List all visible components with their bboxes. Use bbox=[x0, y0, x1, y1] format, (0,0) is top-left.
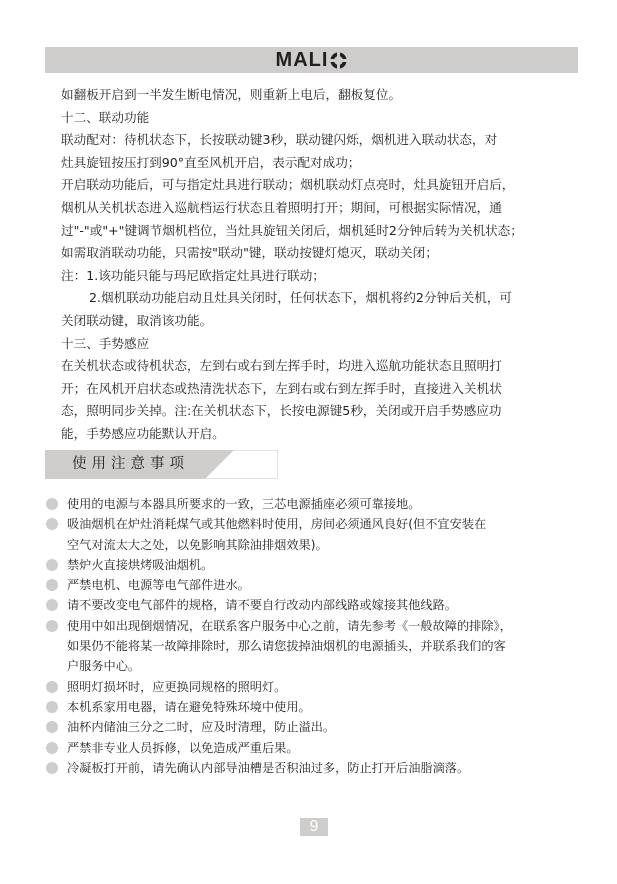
bullet-icon bbox=[46, 518, 58, 530]
brand-o-icon bbox=[330, 52, 347, 69]
header-bar: MALI bbox=[45, 47, 578, 73]
list-item-text: 冷凝板打开前，请先确认内部导油槽是否积油过多，防止打开后油脂滴落。 bbox=[67, 761, 469, 775]
note-linkage-2: 2.烟机联动功能启动且灶具关闭时，任何状态下，烟机将约2分钟后关机，可 bbox=[61, 287, 561, 310]
list-item-text: 禁炉火直接烘烤吸油烟机。 bbox=[67, 558, 213, 572]
list-item-text: 空气对流太大之处，以免影响其除油排烟效果)。 bbox=[67, 538, 328, 552]
bullet-icon bbox=[46, 620, 58, 632]
section-tab-usage-notes: 使用注意事项 bbox=[45, 450, 278, 479]
list-item-text: 本机系家用电器，请在避免特殊环境中使用。 bbox=[67, 700, 311, 714]
bullet-icon bbox=[46, 762, 58, 774]
paragraph-gesture: 在关机状态或待机状态，左到右或右到左挥手时，均进入巡航功能状态且照明打 bbox=[61, 355, 561, 378]
list-item: 禁炉火直接烘烤吸油烟机。 bbox=[44, 555, 584, 575]
list-item: 冷凝板打开前，请先确认内部导油槽是否积油过多，防止打开后油脂滴落。 bbox=[44, 758, 584, 778]
brand-name: MALI bbox=[276, 50, 329, 70]
page-number: 9 bbox=[300, 818, 328, 836]
list-item-text: 户服务中心。 bbox=[67, 659, 140, 673]
bullet-icon bbox=[46, 721, 58, 733]
list-item: 请不要改变电气部件的规格，请不要自行改动内部线路或嫁接其他线路。 bbox=[44, 595, 584, 615]
list-item: 吸油烟机在炉灶消耗煤气或其他燃料时使用，房间必须通风良好(但不宜安装在 空气对流… bbox=[44, 514, 584, 555]
paragraph-linkage-usage-cont: 过"-"或"+"键调节烟机档位，当灶具旋钮关闭后，烟机延时2分钟后转为关机状态； bbox=[61, 220, 561, 243]
paragraph-linkage-pairing-cont: 灶具旋钮按压打到90°直至风机开启，表示配对成功； bbox=[61, 152, 561, 175]
bullet-icon bbox=[46, 701, 58, 713]
body-text: 如翻板开启到一半发生断电情况，则重新上电后，翻板复位。 十二、联动功能 联动配对… bbox=[61, 84, 561, 446]
list-item: 严禁非专业人员拆修，以免造成严重后果。 bbox=[44, 738, 584, 758]
paragraph-gesture-cont: 态，照明同步关掉。注:在关机状态下，长按电源键5秒，关闭或开启手势感应功 bbox=[61, 400, 561, 423]
list-item-text: 使用的电源与本器具所要求的一致，三芯电源插座必须可靠接地。 bbox=[67, 497, 420, 511]
heading-linkage-function: 十二、联动功能 bbox=[61, 107, 561, 130]
list-item-text: 使用中如出现倒烟情况，在联系客户服务中心之前，请先参考《一般故障的排除》， bbox=[67, 619, 512, 633]
paragraph-gesture-cont: 能，手势感应功能默认开启。 bbox=[61, 423, 561, 446]
bullet-icon bbox=[46, 579, 58, 591]
heading-gesture-sensing: 十三、手势感应 bbox=[61, 333, 561, 356]
bullet-icon bbox=[46, 742, 58, 754]
bullet-icon bbox=[46, 599, 58, 611]
paragraph-linkage-cancel: 如需取消联动功能，只需按"联动"键，联动按键灯熄灭，联动关闭； bbox=[61, 242, 561, 265]
bullet-icon bbox=[46, 681, 58, 693]
list-item: 油杯内储油三分之二时，应及时清理，防止溢出。 bbox=[44, 717, 584, 737]
list-item: 照明灯损坏时，应更换同规格的照明灯。 bbox=[44, 677, 584, 697]
note-linkage-1: 注：1.该功能只能与玛尼欧指定灶具进行联动； bbox=[61, 265, 561, 288]
list-item-text: 严禁非专业人员拆修，以免造成严重后果。 bbox=[67, 741, 299, 755]
list-item-text: 油杯内储油三分之二时，应及时清理，防止溢出。 bbox=[67, 720, 335, 734]
paragraph-linkage-usage-cont: 烟机从关机状态进入巡航档运行状态且着照明打开；期间，可根据实际情况，通 bbox=[61, 197, 561, 220]
list-item: 本机系家用电器，请在避免特殊环境中使用。 bbox=[44, 697, 584, 717]
note-linkage-2-cont: 关闭联动键，取消该功能。 bbox=[61, 310, 561, 333]
list-item-text: 严禁电机、电源等电气部件进水。 bbox=[67, 578, 250, 592]
section-title: 使用注意事项 bbox=[72, 455, 189, 474]
list-item-text: 如果仍不能将某一故障排除时，那么请您拔掉油烟机的电源插头，并联系我们的客 bbox=[67, 639, 506, 653]
usage-notes-list: 使用的电源与本器具所要求的一致，三芯电源插座必须可靠接地。 吸油烟机在炉灶消耗煤… bbox=[44, 494, 584, 778]
list-item: 使用中如出现倒烟情况，在联系客户服务中心之前，请先参考《一般故障的排除》， 如果… bbox=[44, 616, 584, 677]
list-item: 严禁电机、电源等电气部件进水。 bbox=[44, 575, 584, 595]
list-item-text: 照明灯损坏时，应更换同规格的照明灯。 bbox=[67, 680, 286, 694]
bullet-icon bbox=[46, 559, 58, 571]
list-item-text: 吸油烟机在炉灶消耗煤气或其他燃料时使用，房间必须通风良好(但不宜安装在 bbox=[67, 517, 486, 531]
paragraph-gesture-cont: 开；在风机开启状态或热清洗状态下，左到右或右到左挥手时，直接进入关机状 bbox=[61, 378, 561, 401]
paragraph-flap-reset: 如翻板开启到一半发生断电情况，则重新上电后，翻板复位。 bbox=[61, 84, 561, 107]
paragraph-linkage-pairing: 联动配对：待机状态下，长按联动键3秒，联动键闪烁，烟机进入联动状态，对 bbox=[61, 129, 561, 152]
list-item-text: 请不要改变电气部件的规格，请不要自行改动内部线路或嫁接其他线路。 bbox=[67, 598, 457, 612]
list-item: 使用的电源与本器具所要求的一致，三芯电源插座必须可靠接地。 bbox=[44, 494, 584, 514]
brand-logo: MALI bbox=[276, 50, 348, 70]
bullet-icon bbox=[46, 498, 58, 510]
paragraph-linkage-usage: 开启联动功能后，可与指定灶具进行联动；烟机联动灯点亮时，灶具旋钮开启后， bbox=[61, 174, 561, 197]
